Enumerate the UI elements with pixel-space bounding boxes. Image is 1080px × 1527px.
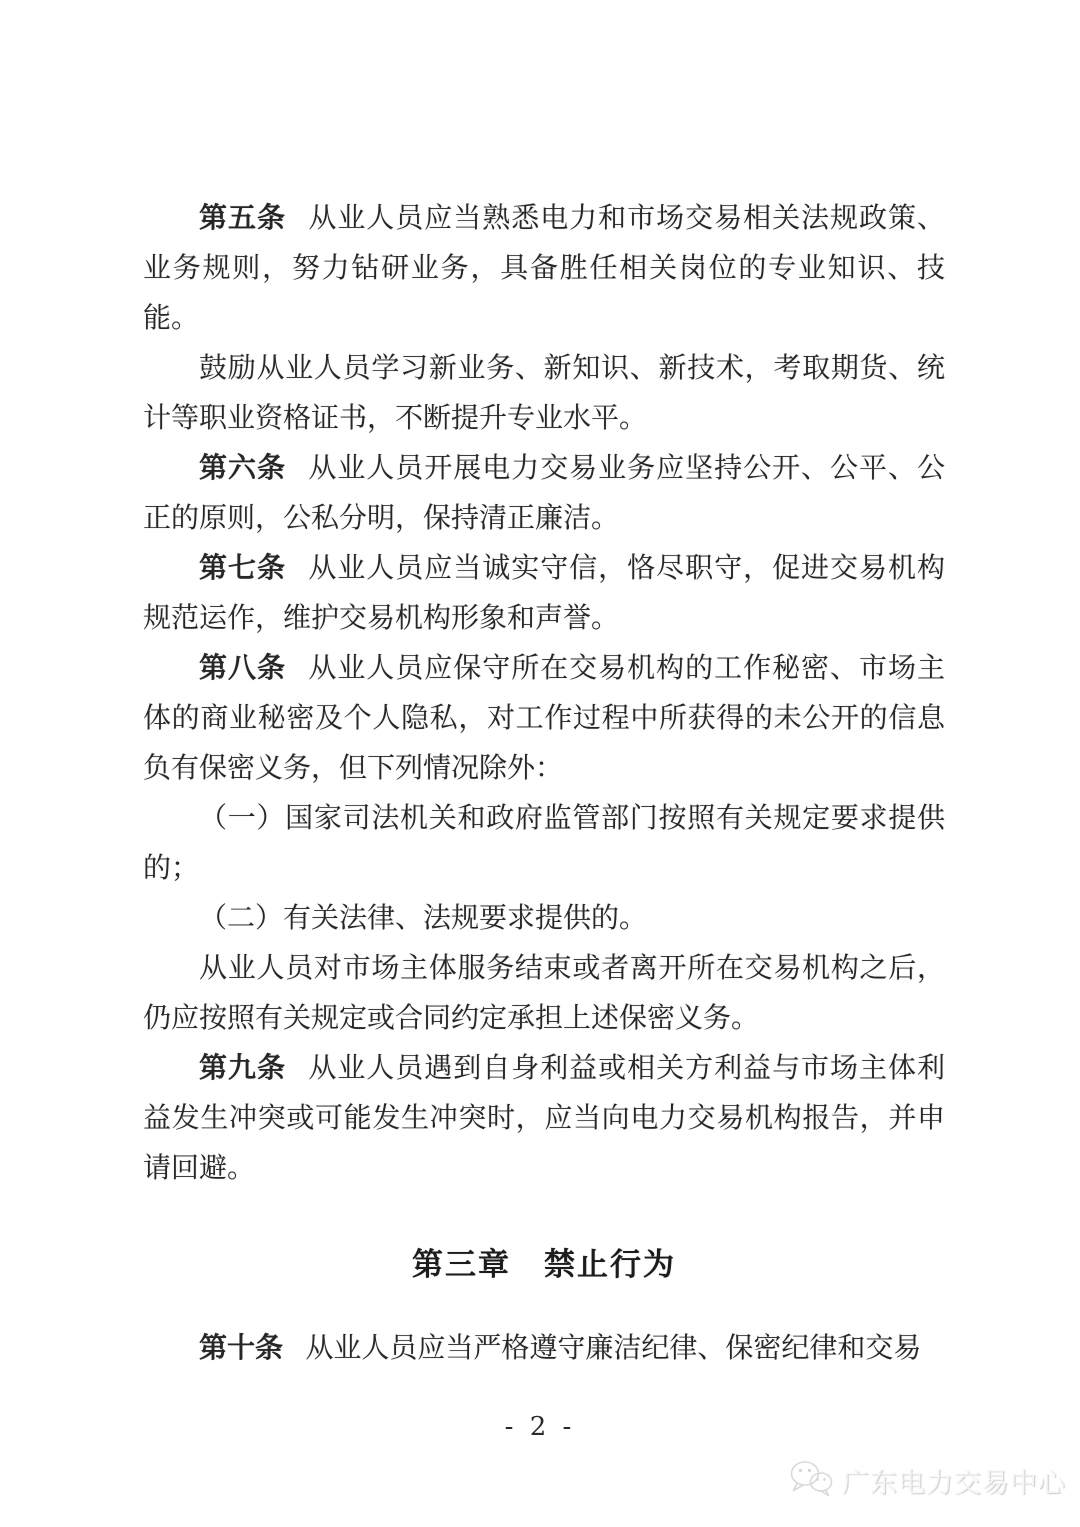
paragraph: （一）国家司法机关和政府监管部门按照有关规定要求提供的； [143, 793, 945, 893]
paragraph-text: 鼓励从业人员学习新业务、新知识、新技术，考取期货、统计等职业资格证书，不断提升专… [143, 351, 945, 434]
paragraph: 第七条从业人员应当诚实守信，恪尽职守，促进交易机构规范运作，维护交易机构形象和声… [143, 543, 945, 643]
paragraph: 第九条从业人员遇到自身利益或相关方利益与市场主体利益发生冲突或可能发生冲突时，应… [143, 1043, 945, 1193]
article-number: 第五条 [199, 201, 286, 234]
document-body: 第五条从业人员应当熟悉电力和市场交易相关法规政策、业务规则，努力钻研业务，具备胜… [143, 193, 945, 1373]
page-number: - 2 - [0, 1412, 1080, 1442]
article-number: 第十条 [199, 1331, 283, 1364]
paragraph-text: （一）国家司法机关和政府监管部门按照有关规定要求提供的； [143, 801, 945, 884]
paragraph: 第十条从业人员应当严格遵守廉洁纪律、保密纪律和交易 [143, 1323, 945, 1373]
article-number: 第七条 [199, 551, 286, 584]
paragraph: 第五条从业人员应当熟悉电力和市场交易相关法规政策、业务规则，努力钻研业务，具备胜… [143, 193, 945, 343]
paragraph-text: 从业人员对市场主体服务结束或者离开所在交易机构之后，仍应按照有关规定或合同约定承… [143, 951, 945, 1034]
paragraph-text: （二）有关法律、法规要求提供的。 [199, 901, 647, 934]
paragraph: 鼓励从业人员学习新业务、新知识、新技术，考取期货、统计等职业资格证书，不断提升专… [143, 343, 945, 443]
paragraph: 从业人员对市场主体服务结束或者离开所在交易机构之后，仍应按照有关规定或合同约定承… [143, 943, 945, 1043]
article-number: 第八条 [199, 651, 286, 684]
watermark: 广东电力交易中心 [788, 1460, 1066, 1500]
paragraph-text: 从业人员应当严格遵守廉洁纪律、保密纪律和交易 [305, 1331, 921, 1364]
watermark-label: 广东电力交易中心 [842, 1461, 1066, 1500]
wechat-icon [788, 1460, 834, 1500]
paragraph: 第六条从业人员开展电力交易业务应坚持公开、公平、公正的原则，公私分明，保持清正廉… [143, 443, 945, 543]
chapter-heading: 第三章 禁止行为 [143, 1240, 945, 1290]
article-number: 第九条 [199, 1051, 286, 1084]
article-number: 第六条 [199, 451, 286, 484]
paragraph: （二）有关法律、法规要求提供的。 [143, 893, 945, 943]
paragraph: 第八条从业人员应保守所在交易机构的工作秘密、市场主体的商业秘密及个人隐私，对工作… [143, 643, 945, 793]
